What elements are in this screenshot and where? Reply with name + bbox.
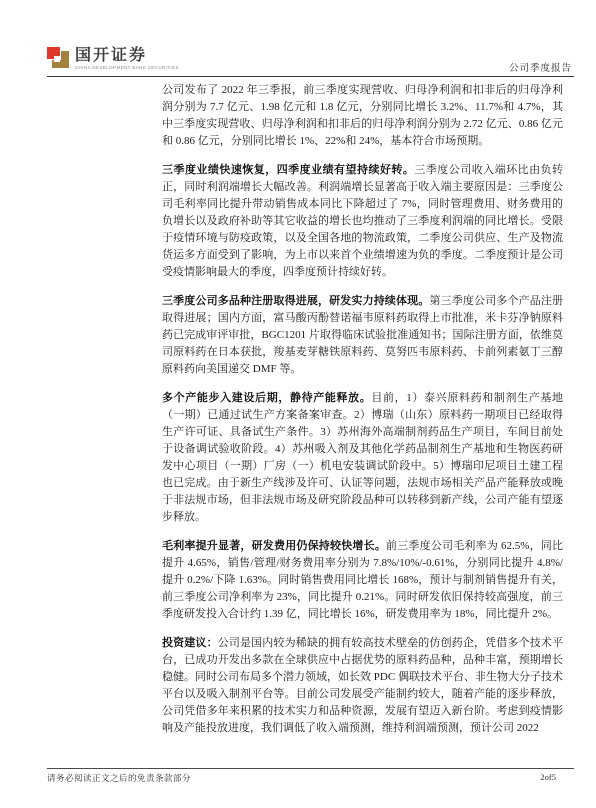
- report-body: 公司发布了 2022 年三季报，前三季度实现营收、归母净利润和扣非后的归母净利润…: [162, 82, 563, 749]
- paragraph-text: 第三季度公司多个产品注册取得进展；国内方面，富马酸丙酚替诺福韦原料药取得上市批准…: [162, 295, 563, 375]
- paragraph-lead: 三季度业绩快速恢复，四季度业绩有望持续好转。: [162, 164, 414, 176]
- paragraph-text: 前三季度公司毛利率为 62.5%，同比提升 4.65%，销售/管理/财务费用率分…: [162, 540, 563, 620]
- report-paragraph: 多个产能步入建设后期，静待产能释放。目前，1）泰兴原料药和制剂生产基地（一期）已…: [162, 390, 563, 526]
- report-paragraph: 投资建议：公司是国内较为稀缺的拥有较高技术壁垒的仿创药企，凭借多个技术平台，已成…: [162, 635, 563, 737]
- paragraph-text: 三季度公司收入端环比由负转正，同时利润端增长大幅改善。利润端增长显著高于收入端主…: [162, 164, 563, 278]
- paragraph-lead: 三季度公司多品种注册取得进展，研发实力持续体现。: [162, 295, 429, 307]
- paragraph-lead: 投资建议：: [162, 637, 218, 649]
- page-number: 2of5: [540, 772, 556, 782]
- logo-subtitle: CHINA DEVELOPMENT BANK SECURITIES: [75, 65, 179, 71]
- report-paragraph: 三季度公司多品种注册取得进展，研发实力持续体现。第三季度公司多个产品注册取得进展…: [162, 293, 563, 378]
- report-paragraph: 三季度业绩快速恢复，四季度业绩有望持续好转。三季度公司收入端环比由负转正，同时利…: [162, 162, 563, 281]
- header-divider: [47, 76, 574, 77]
- report-paragraph: 毛利率提升显著，研发费用仍保持较快增长。前三季度公司毛利率为 62.5%，同比提…: [162, 538, 563, 623]
- logo-white-square: [54, 56, 60, 62]
- paragraph-lead: 多个产能步入建设后期，静待产能释放。: [162, 392, 371, 404]
- logo-mark-icon: [47, 47, 69, 68]
- footer-divider: [47, 768, 574, 769]
- report-paragraph: 公司发布了 2022 年三季报，前三季度实现营收、归母净利润和扣非后的归母净利润…: [162, 82, 563, 150]
- paragraph-text: 公司发布了 2022 年三季报，前三季度实现营收、归母净利润和扣非后的归母净利润…: [162, 84, 563, 147]
- report-type-label: 公司季度报告: [509, 60, 572, 74]
- report-page: 国开证券 CHINA DEVELOPMENT BANK SECURITIES 公…: [0, 0, 596, 808]
- footer-disclaimer: 请务必阅读正文之后的免责条款部分: [47, 772, 191, 784]
- paragraph-text: 目前，1）泰兴原料药和制剂生产基地（一期）已通过试生产方案备案审查。2）博瑞（山…: [162, 392, 563, 523]
- paragraph-lead: 毛利率提升显著，研发费用仍保持较快增长。: [162, 540, 386, 552]
- logo-wordmark: 国开证券: [75, 47, 179, 65]
- paragraph-text: 公司是国内较为稀缺的拥有较高技术壁垒的仿创药企，凭借多个技术平台，已成功开发出多…: [162, 637, 563, 734]
- brand-logo: 国开证券 CHINA DEVELOPMENT BANK SECURITIES: [47, 47, 179, 71]
